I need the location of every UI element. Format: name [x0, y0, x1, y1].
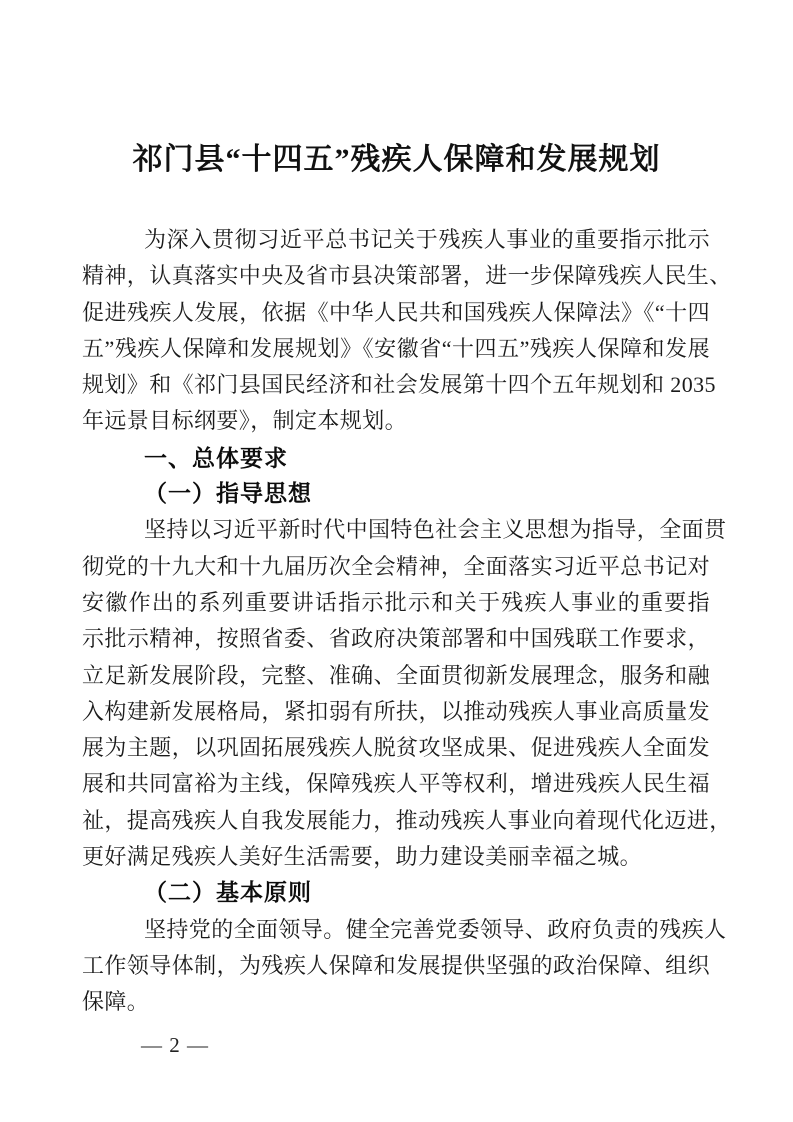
document-body: 为深入贯彻习近平总书记关于残疾人事业的重要指示批示精神，认真落实中央及省市县决策…	[82, 222, 710, 1021]
paragraph-line: 示批示精神，按照省委、省政府决策部署和中国残联工作要求，	[82, 621, 710, 657]
paragraph-line: 工作领导体制，为残疾人保障和发展提供坚强的政治保障、组织	[82, 948, 710, 984]
paragraph-line: 保障。	[82, 984, 710, 1020]
paragraph-line: 展为主题，以巩固拓展残疾人脱贫攻坚成果、促进残疾人全面发	[82, 730, 710, 766]
paragraph-line: 祉，提高残疾人自我发展能力，推动残疾人事业向着现代化迈进，	[82, 803, 710, 839]
paragraph-line: 立足新发展阶段，完整、准确、全面贯彻新发展理念，服务和融	[82, 658, 710, 694]
paragraph-line: 展和共同富裕为主线，保障残疾人平等权利，增进残疾人民生福	[82, 766, 710, 802]
paragraph-line: 为深入贯彻习近平总书记关于残疾人事业的重要指示批示	[82, 222, 710, 258]
document-page: 祁门县“十四五”残疾人保障和发展规划 为深入贯彻习近平总书记关于残疾人事业的重要…	[0, 0, 793, 1122]
paragraph-line: 坚持以习近平新时代中国特色社会主义思想为指导，全面贯	[82, 512, 710, 548]
section-heading: 一、总体要求	[82, 440, 710, 476]
paragraph-line: 年远景目标纲要》，制定本规划。	[82, 403, 710, 439]
paragraph-line: 促进残疾人发展，依据《中华人民共和国残疾人保障法》《“十四	[82, 295, 710, 331]
paragraph-line: 入构建新发展格局，紧扣弱有所扶，以推动残疾人事业高质量发	[82, 694, 710, 730]
document-title: 祁门县“十四五”残疾人保障和发展规划	[0, 140, 793, 180]
paragraph-line: 坚持党的全面领导。健全完善党委领导、政府负责的残疾人	[82, 912, 710, 948]
paragraph-line: 彻党的十九大和十九届历次全会精神，全面落实习近平总书记对	[82, 549, 710, 585]
subsection-heading: （二）基本原则	[82, 875, 710, 911]
paragraph-line: 五”残疾人保障和发展规划》《安徽省“十四五”残疾人保障和发展	[82, 331, 710, 367]
paragraph-line: 安徽作出的系列重要讲话指示批示和关于残疾人事业的重要指	[82, 585, 710, 621]
paragraph-line: 精神，认真落实中央及省市县决策部署，进一步保障残疾人民生、	[82, 258, 710, 294]
page-number: — 2 —	[141, 1033, 209, 1058]
paragraph-line: 规划》和《祁门县国民经济和社会发展第十四个五年规划和 2035	[82, 367, 710, 403]
paragraph-line: 更好满足残疾人美好生活需要，助力建设美丽幸福之城。	[82, 839, 710, 875]
subsection-heading: （一）指导思想	[82, 476, 710, 512]
